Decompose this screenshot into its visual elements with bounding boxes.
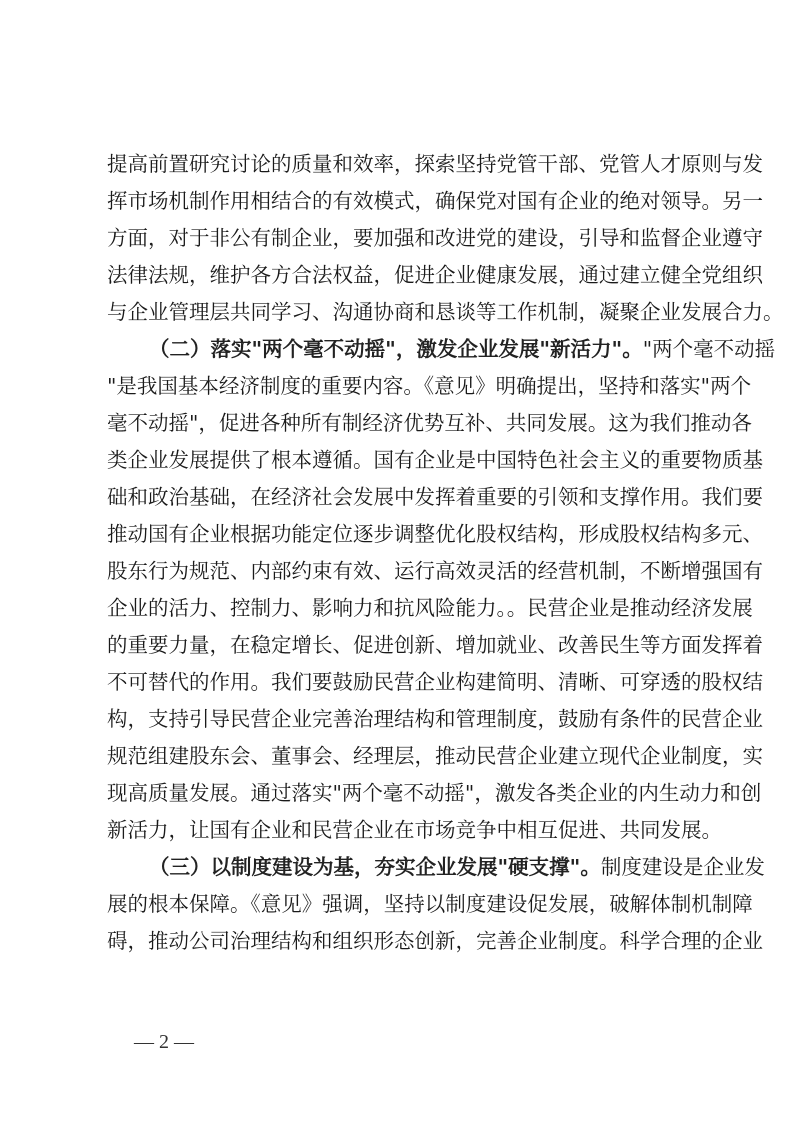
section-2-first-line: （二）落实"两个毫不动摇"，激发企业发展"新活力"。"两个毫不动摇 bbox=[107, 331, 695, 368]
body-line: 新活力，让国有企业和民营企业在市场竞争中相互促进、共同发展。 bbox=[107, 812, 695, 849]
body-line: 碍，推动公司治理结构和组织形态创新，完善企业制度。科学合理的企业 bbox=[107, 923, 695, 960]
body-line: 础和政治基础，在经济社会发展中发挥着重要的引领和支撑作用。我们要 bbox=[107, 479, 695, 516]
body-line: 展的根本保障。《意见》强调，坚持以制度建设促发展，破解体制机制障 bbox=[107, 886, 695, 923]
body-line: 的重要力量，在稳定增长、促进创新、增加就业、改善民生等方面发挥着 bbox=[107, 627, 695, 664]
body-line: 法律法规，维护各方合法权益，促进企业健康发展，通过建立健全党组织 bbox=[107, 257, 695, 294]
body-line: "是我国基本经济制度的重要内容。《意见》明确提出，坚持和落实"两个 bbox=[107, 368, 695, 405]
body-line: 推动国有企业根据功能定位逐步调整优化股权结构，形成股权结构多元、 bbox=[107, 516, 695, 553]
section-2-heading: （二）落实"两个毫不动摇"，激发企业发展"新活力"。 bbox=[149, 337, 643, 361]
body-line: 挥市场机制作用相结合的有效模式，确保党对国有企业的绝对领导。另一 bbox=[107, 183, 695, 220]
body-line: 提高前置研究讨论的质量和效率，探索坚持党管干部、党管人才原则与发 bbox=[107, 146, 695, 183]
body-line: 与企业管理层共同学习、沟通协商和恳谈等工作机制，凝聚企业发展合力。 bbox=[107, 294, 695, 331]
body-line: 股东行为规范、内部约束有效、运行高效灵活的经营机制，不断增强国有 bbox=[107, 553, 695, 590]
body-line: 类企业发展提供了根本遵循。国有企业是中国特色社会主义的重要物质基 bbox=[107, 442, 695, 479]
section-3-first-line-text: 制度建设是企业发 bbox=[601, 855, 765, 879]
document-page: 提高前置研究讨论的质量和效率，探索坚持党管干部、党管人才原则与发 挥市场机制作用… bbox=[107, 146, 695, 960]
section-3-heading: （三）以制度建设为基，夯实企业发展"硬支撑"。 bbox=[149, 855, 601, 879]
section-3-first-line: （三）以制度建设为基，夯实企业发展"硬支撑"。制度建设是企业发 bbox=[107, 849, 695, 886]
body-line: 现高质量发展。通过落实"两个毫不动摇"，激发各类企业的内生动力和创 bbox=[107, 775, 695, 812]
page-number: — 2 — bbox=[134, 1030, 194, 1054]
body-line: 方面，对于非公有制企业，要加强和改进党的建设，引导和监督企业遵守 bbox=[107, 220, 695, 257]
body-line: 规范组建股东会、董事会、经理层，推动民营企业建立现代企业制度，实 bbox=[107, 738, 695, 775]
body-line: 毫不动摇"，促进各种所有制经济优势互补、共同发展。这为我们推动各 bbox=[107, 405, 695, 442]
body-line: 不可替代的作用。我们要鼓励民营企业构建简明、清晰、可穿透的股权结 bbox=[107, 664, 695, 701]
body-line: 企业的活力、控制力、影响力和抗风险能力。。民营企业是推动经济发展 bbox=[107, 590, 695, 627]
section-2-first-line-text: "两个毫不动摇 bbox=[643, 337, 775, 361]
body-line: 构，支持引导民营企业完善治理结构和管理制度，鼓励有条件的民营企业 bbox=[107, 701, 695, 738]
